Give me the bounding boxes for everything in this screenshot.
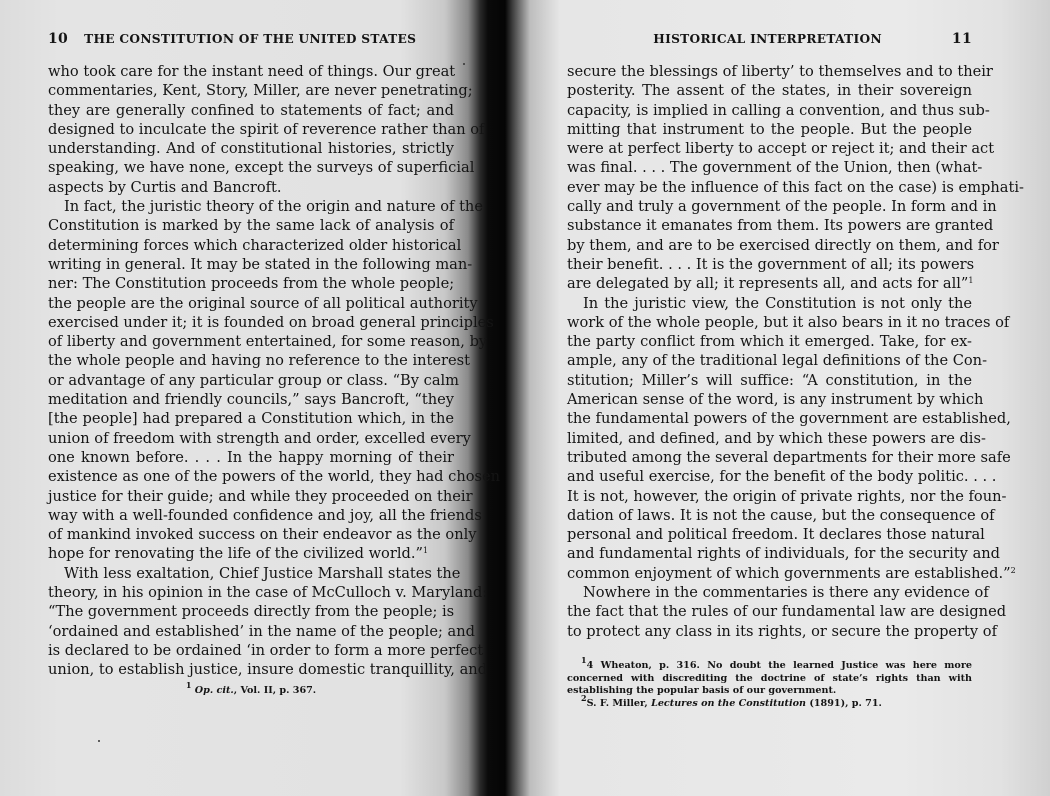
text-line: union of freedom with strength and order… <box>48 429 454 448</box>
text-line: substance it emanates from them. Its pow… <box>567 216 972 235</box>
right-page-footnotes: 14 Wheaton, p. 316. No doubt the learned… <box>567 660 972 710</box>
text-line: writing in general. It may be stated in … <box>48 255 454 274</box>
footnote-marker: 2 <box>1011 566 1016 575</box>
text-line: ever may be the influence of this fact o… <box>567 178 972 197</box>
footnote-2: 2S. F. Miller, Lectures on the Constitut… <box>567 698 972 711</box>
text-line: theory, in his opinion in the case of Mc… <box>48 583 454 602</box>
text-line: secure the blessings of liberty’ to them… <box>567 62 972 81</box>
text-line: dation of laws. It is not the cause, but… <box>567 506 972 525</box>
text-line: personal and political freedom. It decla… <box>567 525 972 544</box>
text-line: ample, any of the traditional legal defi… <box>567 351 972 370</box>
scan-speck <box>463 63 465 65</box>
text-line: mitting that instrument to the people. B… <box>567 120 972 139</box>
scan-speck <box>98 740 100 742</box>
text-line: In fact, the juristic theory of the orig… <box>48 197 454 216</box>
text-line: commentaries, Kent, Story, Miller, are n… <box>48 81 454 100</box>
text-line: their benefit. . . . It is the governmen… <box>567 255 972 274</box>
text-line: “The government proceeds directly from t… <box>48 602 454 621</box>
text-line: one known before. . . . In the happy mor… <box>48 448 454 467</box>
book-spread: 10 THE CONSTITUTION OF THE UNITED STATES… <box>0 0 1050 796</box>
text-line: stitution; Miller’s will suffice: “A con… <box>567 371 972 390</box>
text-line: capacity, is implied in calling a conven… <box>567 101 972 120</box>
running-head: HISTORICAL INTERPRETATION <box>653 32 882 46</box>
footnote-1: 14 Wheaton, p. 316. No doubt the learned… <box>567 660 972 698</box>
text-line: speaking, we have none, except the surve… <box>48 158 454 177</box>
text-line: limited, and defined, and by which these… <box>567 429 972 448</box>
text-line: or advantage of any particular group or … <box>48 371 454 390</box>
text-line: ner: The Constitution proceeds from the … <box>48 274 454 293</box>
text-line: posterity. The assent of the states, in … <box>567 81 972 100</box>
text-line: Nowhere in the commentaries is there any… <box>567 583 972 602</box>
text-line: existence as one of the powers of the wo… <box>48 467 454 486</box>
text-line: to protect any class in its rights, or s… <box>567 622 972 641</box>
text-line: With less exaltation, Chief Justice Mars… <box>48 564 454 583</box>
text-line: of liberty and government entertained, f… <box>48 332 454 351</box>
text-line: meditation and friendly councils,” says … <box>48 390 454 409</box>
text-line: exercised under it; it is founded on bro… <box>48 313 454 332</box>
text-line: justice for their guide; and while they … <box>48 487 454 506</box>
right-page-header: HISTORICAL INTERPRETATION 11 <box>567 31 972 47</box>
text-line: common enjoyment of which governments ar… <box>567 564 972 583</box>
text-line: hope for renovating the life of the civi… <box>48 544 454 563</box>
left-page-footnotes: 1 Op. cit., Vol. II, p. 367. <box>48 685 454 698</box>
text-line: ‘ordained and established’ in the name o… <box>48 622 454 641</box>
left-page-body: who took care for the instant need of th… <box>48 62 454 680</box>
right-page-body: secure the blessings of liberty’ to them… <box>567 62 972 641</box>
text-line: union, to establish justice, insure dome… <box>48 660 454 679</box>
text-line: the whole people and having no reference… <box>48 351 454 370</box>
text-line: understanding. And of constitutional his… <box>48 139 454 158</box>
text-line: is declared to be ordained ‘in order to … <box>48 641 454 660</box>
text-line: American sense of the word, is any instr… <box>567 390 972 409</box>
text-line: of mankind invoked success on their ende… <box>48 525 454 544</box>
page-number: 10 <box>48 31 68 47</box>
text-line: aspects by Curtis and Bancroft. <box>48 178 454 197</box>
text-line: [the people] had prepared a Constitution… <box>48 409 454 428</box>
text-line: was final. . . . The government of the U… <box>567 158 972 177</box>
text-line: by them, and are to be exercised directl… <box>567 236 972 255</box>
text-line: they are generally confined to statement… <box>48 101 454 120</box>
text-line: were at perfect liberty to accept or rej… <box>567 139 972 158</box>
text-line: way with a well-founded confidence and j… <box>48 506 454 525</box>
text-line: tributed among the several departments f… <box>567 448 972 467</box>
text-line: It is not, however, the origin of privat… <box>567 487 972 506</box>
footnote-marker: 1 <box>423 546 428 555</box>
text-line: cally and truly a government of the peop… <box>567 197 972 216</box>
text-line: the fundamental powers of the government… <box>567 409 972 428</box>
text-line: work of the whole people, but it also be… <box>567 313 972 332</box>
footnote-1: 1 Op. cit., Vol. II, p. 367. <box>186 685 316 696</box>
text-line: the people are the original source of al… <box>48 294 454 313</box>
left-page-header: 10 THE CONSTITUTION OF THE UNITED STATES <box>48 31 454 47</box>
text-line: determining forces which characterized o… <box>48 236 454 255</box>
text-line: the fact that the rules of our fundament… <box>567 602 972 621</box>
text-line: In the juristic view, the Constitution i… <box>567 294 972 313</box>
text-line: designed to inculcate the spirit of reve… <box>48 120 454 139</box>
footnote-marker: 1 <box>968 276 973 285</box>
text-line: the party conflict from which it emerged… <box>567 332 972 351</box>
text-line: Constitution is marked by the same lack … <box>48 216 454 235</box>
page-number: 11 <box>952 31 972 47</box>
text-line: who took care for the instant need of th… <box>48 62 454 81</box>
text-line: and useful exercise, for the benefit of … <box>567 467 972 486</box>
text-line: and fundamental rights of individuals, f… <box>567 544 972 563</box>
text-line: are delegated by all; it represents all,… <box>567 274 972 293</box>
running-head: THE CONSTITUTION OF THE UNITED STATES <box>84 32 416 46</box>
